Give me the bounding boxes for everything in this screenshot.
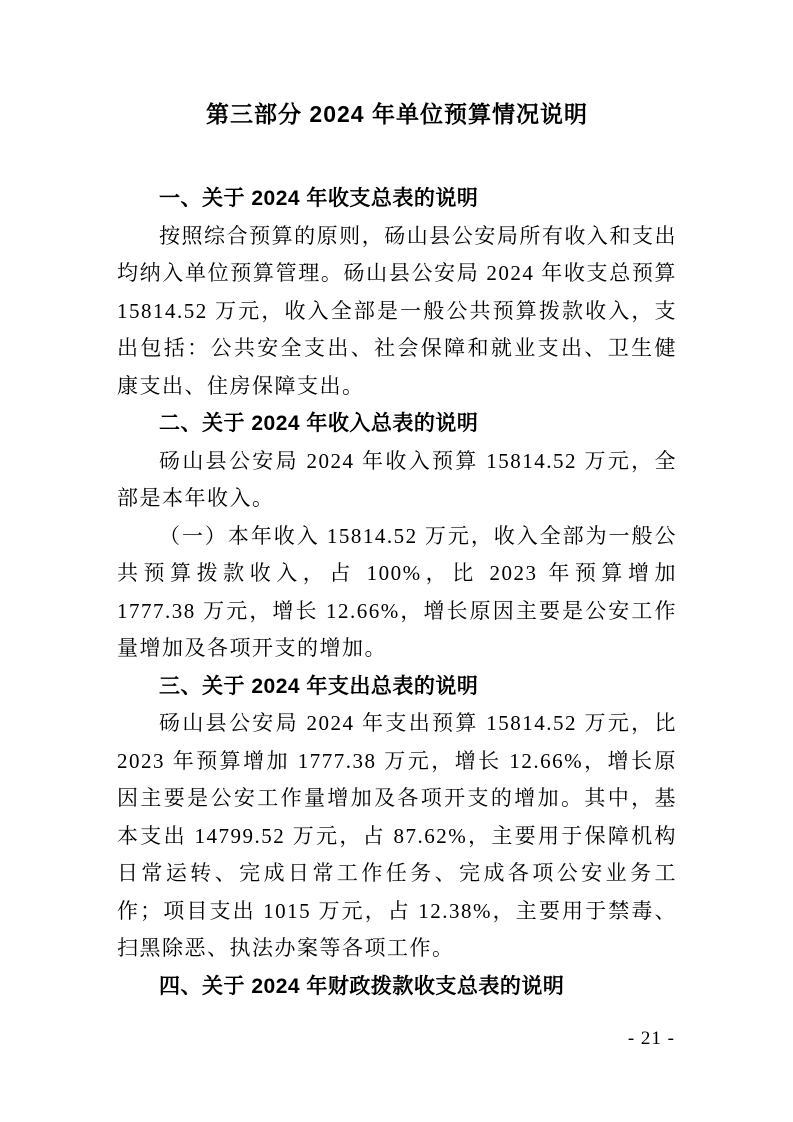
page-number: - 21 -: [628, 1028, 675, 1050]
section-3-heading: 三、关于 2024 年支出总表的说明: [117, 668, 677, 706]
section-fiscal-appropriation-summary: 四、关于 2024 年财政拨款收支总表的说明: [117, 968, 677, 1006]
section-expenditure-summary: 三、关于 2024 年支出总表的说明 砀山县公安局 2024 年支出预算 158…: [117, 668, 677, 968]
section-1-paragraph-1: 按照综合预算的原则，砀山县公安局所有收入和支出均纳入单位预算管理。砀山县公安局 …: [117, 218, 677, 406]
section-2-heading: 二、关于 2024 年收入总表的说明: [117, 405, 677, 443]
section-2-paragraph-1: 砀山县公安局 2024 年收入预算 15814.52 万元，全部是本年收入。: [117, 443, 677, 518]
section-4-heading: 四、关于 2024 年财政拨款收支总表的说明: [117, 968, 677, 1006]
document-page: 第三部分 2024 年单位预算情况说明 一、关于 2024 年收支总表的说明 按…: [0, 0, 793, 1122]
section-2-paragraph-2: （一）本年收入 15814.52 万元，收入全部为一般公共预算拨款收入，占 10…: [117, 518, 677, 668]
section-income-expenditure-summary: 一、关于 2024 年收支总表的说明 按照综合预算的原则，砀山县公安局所有收入和…: [117, 180, 677, 405]
section-income-summary: 二、关于 2024 年收入总表的说明 砀山县公安局 2024 年收入预算 158…: [117, 405, 677, 668]
section-1-heading: 一、关于 2024 年收支总表的说明: [117, 180, 677, 218]
document-title: 第三部分 2024 年单位预算情况说明: [117, 94, 677, 134]
section-3-paragraph-1: 砀山县公安局 2024 年支出预算 15814.52 万元，比 2023 年预算…: [117, 705, 677, 968]
